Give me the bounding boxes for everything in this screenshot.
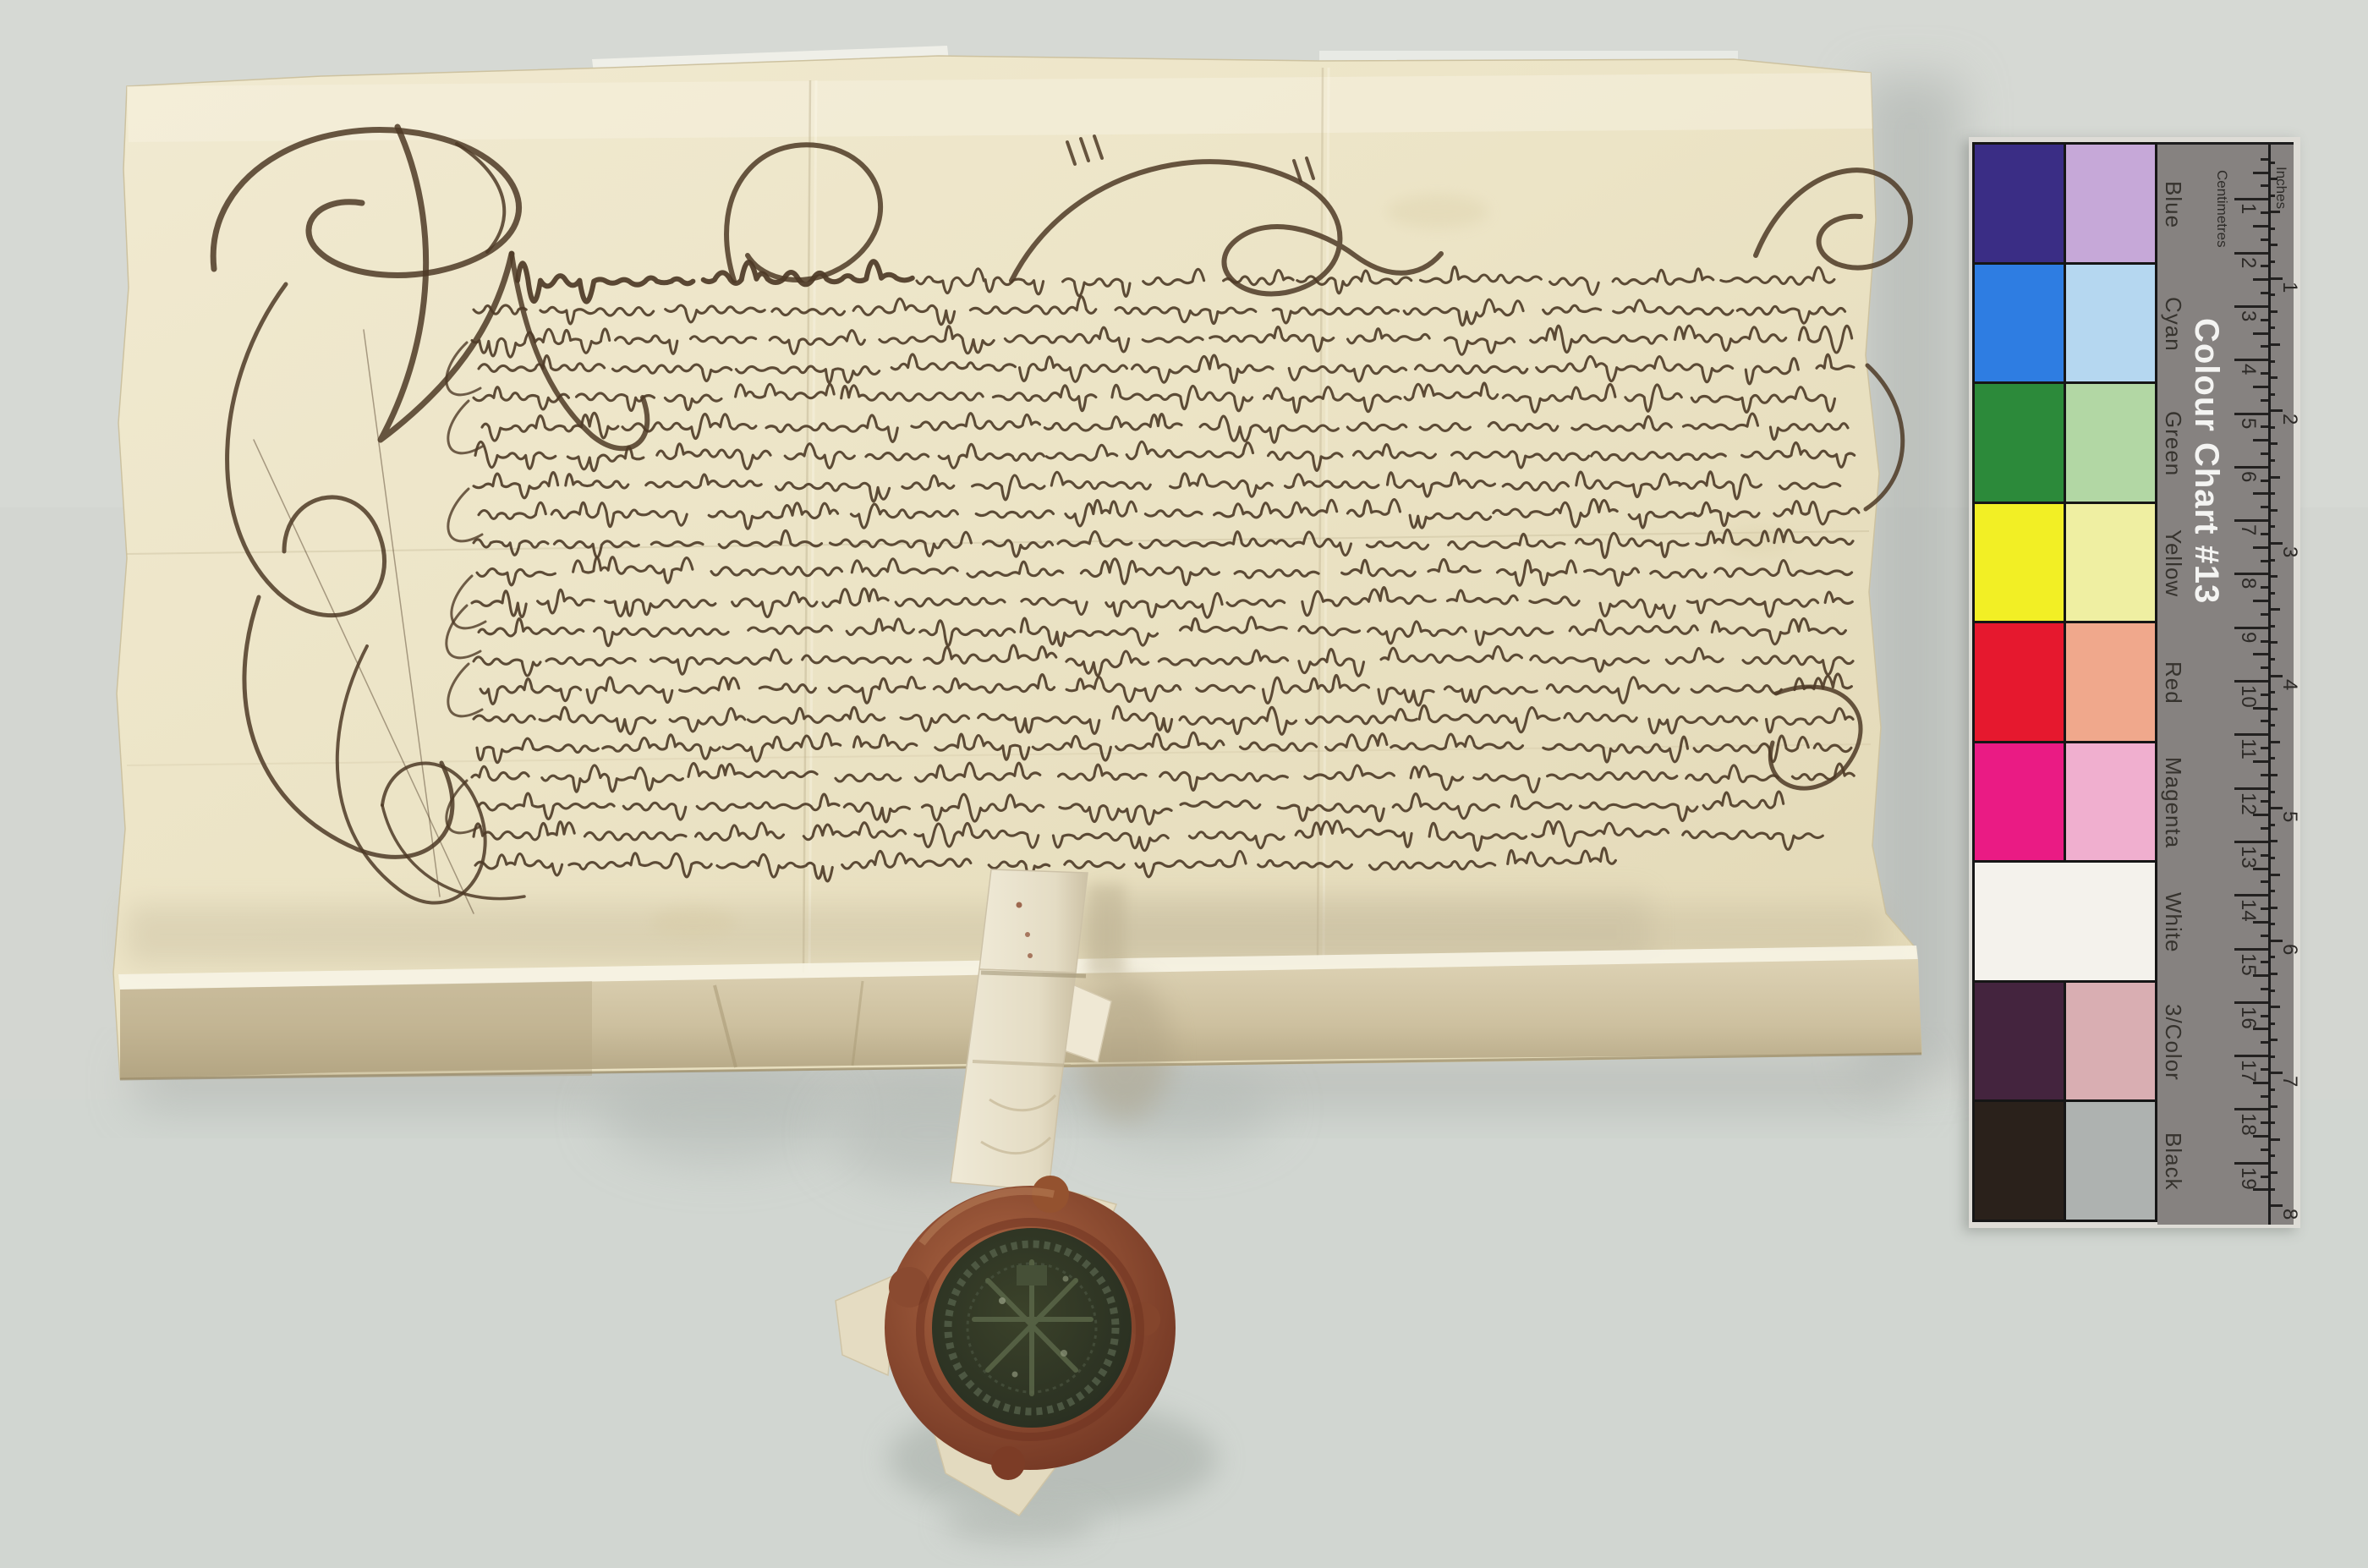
inch-eighth-tick xyxy=(2271,525,2275,528)
cm-quarter-tick xyxy=(2261,961,2268,963)
cm-tick xyxy=(2234,305,2268,308)
cm-quarter-tick xyxy=(2261,854,2268,857)
centimetres-label: Centimetres xyxy=(2213,170,2230,248)
inch-half-tick xyxy=(2271,343,2280,346)
chart-panel: BlueCyanGreenYellowRedMagentaWhite3/Colo… xyxy=(2157,142,2294,1225)
cm-quarter-tick xyxy=(2261,640,2268,643)
cm-tick xyxy=(2234,413,2268,415)
cm-tick xyxy=(2234,787,2268,790)
cm-quarter-tick xyxy=(2261,265,2268,267)
cm-half-tick xyxy=(2253,546,2268,549)
inch-quarter-tick xyxy=(2271,1039,2278,1041)
cm-quarter-tick xyxy=(2261,666,2268,669)
inch-tick xyxy=(2271,1204,2283,1207)
cm-number: 17 xyxy=(2238,1060,2258,1083)
swatch-green-solid xyxy=(1975,384,2064,502)
swatch-label-3/color: 3/Color xyxy=(2159,983,2186,1103)
swatch-blue-solid xyxy=(1975,145,2064,262)
cm-quarter-tick xyxy=(2261,907,2268,910)
swatch-yellow-solid xyxy=(1975,504,2064,622)
inch-eighth-tick xyxy=(2271,1121,2275,1124)
swatch-white xyxy=(1975,863,2155,980)
inch-quarter-tick xyxy=(2271,310,2278,313)
inch-eighth-tick xyxy=(2271,1055,2275,1058)
cm-number: 9 xyxy=(2238,632,2258,643)
inch-number: 1 xyxy=(2279,282,2299,293)
cm-number: 3 xyxy=(2238,310,2258,321)
cm-quarter-tick xyxy=(2261,747,2268,749)
cm-number: 2 xyxy=(2238,257,2258,268)
cm-tick xyxy=(2234,573,2268,575)
cm-half-tick xyxy=(2253,1028,2268,1030)
inches-label: Inches xyxy=(2272,167,2289,209)
inch-half-tick xyxy=(2271,1138,2280,1141)
swatch-label-white: White xyxy=(2159,863,2186,983)
inch-eighth-tick xyxy=(2271,824,2275,826)
inch-tick xyxy=(2271,409,2283,412)
inch-quarter-tick xyxy=(2271,641,2278,644)
inch-quarter-tick xyxy=(2271,244,2278,246)
cm-number: 15 xyxy=(2238,953,2258,976)
cm-number: 4 xyxy=(2238,364,2258,375)
inch-number: 5 xyxy=(2279,811,2299,822)
swatch-label-yellow: Yellow xyxy=(2159,504,2186,624)
inch-tick xyxy=(2271,940,2283,942)
swatch-cyan-pale xyxy=(2066,265,2155,382)
cm-number: 19 xyxy=(2238,1167,2258,1190)
cm-number: 11 xyxy=(2238,738,2258,759)
cm-half-tick xyxy=(2253,600,2268,602)
cm-quarter-tick xyxy=(2261,880,2268,883)
cm-quarter-tick xyxy=(2261,211,2268,214)
inch-eighth-tick xyxy=(2271,923,2275,925)
cm-quarter-tick xyxy=(2261,1121,2268,1124)
swatch-label-blue: Blue xyxy=(2159,145,2186,265)
inch-eighth-tick xyxy=(2271,724,2275,726)
inch-number: 4 xyxy=(2279,679,2299,690)
cm-quarter-tick xyxy=(2261,560,2268,562)
cm-quarter-tick xyxy=(2261,1041,2268,1044)
swatch-grid xyxy=(1972,142,2157,1222)
cm-half-tick xyxy=(2253,492,2268,495)
inch-eighth-tick xyxy=(2271,459,2275,462)
inch-eighth-tick xyxy=(2271,990,2275,992)
cm-quarter-tick xyxy=(2261,694,2268,696)
cm-quarter-tick xyxy=(2261,345,2268,348)
cm-number: 16 xyxy=(2238,1006,2258,1029)
cm-quarter-tick xyxy=(2261,238,2268,241)
inch-quarter-tick xyxy=(2271,907,2278,909)
cm-tick xyxy=(2234,948,2268,951)
ruler-divider xyxy=(2268,145,2271,1225)
swatch-magenta-pale xyxy=(2066,743,2155,861)
inch-tick xyxy=(2271,1072,2283,1074)
cm-quarter-tick xyxy=(2261,1095,2268,1098)
swatch-green-pale xyxy=(2066,384,2155,502)
cm-half-tick xyxy=(2253,1188,2268,1191)
cm-number: 12 xyxy=(2238,792,2258,815)
cm-quarter-tick xyxy=(2261,827,2268,830)
cm-half-tick xyxy=(2253,653,2268,655)
inch-eighth-tick xyxy=(2271,260,2275,263)
inch-eighth-tick xyxy=(2271,956,2275,958)
cm-number: 1 xyxy=(2238,203,2258,214)
inch-eighth-tick xyxy=(2271,1022,2275,1025)
cm-quarter-tick xyxy=(2261,935,2268,937)
cm-half-tick xyxy=(2253,868,2268,870)
cm-quarter-tick xyxy=(2261,613,2268,616)
cm-quarter-tick xyxy=(2261,586,2268,589)
inch-half-tick xyxy=(2271,476,2280,479)
cm-half-tick xyxy=(2253,974,2268,977)
swatch-red-solid xyxy=(1975,623,2064,741)
cm-half-tick xyxy=(2253,439,2268,441)
cm-tick xyxy=(2234,519,2268,522)
cm-number: 13 xyxy=(2238,846,2258,869)
swatch-black-pale xyxy=(2066,1102,2155,1220)
cm-tick xyxy=(2234,733,2268,736)
cm-quarter-tick xyxy=(2261,988,2268,990)
inch-tick xyxy=(2271,542,2283,545)
inch-eighth-tick xyxy=(2271,791,2275,793)
cm-number: 7 xyxy=(2238,524,2258,535)
swatch-label-magenta: Magenta xyxy=(2159,743,2186,863)
cm-quarter-tick xyxy=(2261,292,2268,294)
inch-quarter-tick xyxy=(2271,1171,2278,1174)
cm-number: 18 xyxy=(2238,1113,2258,1136)
swatch-label-red: Red xyxy=(2159,623,2186,743)
cm-quarter-tick xyxy=(2261,533,2268,535)
cm-quarter-tick xyxy=(2261,425,2268,428)
inch-half-tick xyxy=(2271,608,2280,611)
cm-tick xyxy=(2234,1055,2268,1057)
inch-half-tick xyxy=(2271,1006,2280,1008)
colour-chart-title: Colour Chart #13 xyxy=(2186,305,2225,617)
cm-number: 14 xyxy=(2238,899,2258,922)
cm-tick xyxy=(2234,627,2268,629)
cm-quarter-tick xyxy=(2261,1176,2268,1178)
inch-eighth-tick xyxy=(2271,559,2275,562)
inch-quarter-tick xyxy=(2271,575,2278,578)
inch-number: 3 xyxy=(2279,546,2299,557)
cm-quarter-tick xyxy=(2261,452,2268,455)
inch-quarter-tick xyxy=(2271,509,2278,512)
colour-chart: BlueCyanGreenYellowRedMagentaWhite3/Colo… xyxy=(1969,137,2300,1228)
cm-tick xyxy=(2234,359,2268,361)
inch-eighth-tick xyxy=(2271,757,2275,759)
swatch-3/color-pale xyxy=(2066,983,2155,1100)
inch-tick xyxy=(2271,675,2283,677)
cm-quarter-tick xyxy=(2261,1149,2268,1151)
inch-number: 2 xyxy=(2279,414,2299,425)
photograph: BlueCyanGreenYellowRedMagentaWhite3/Colo… xyxy=(0,0,2368,1568)
cm-half-tick xyxy=(2253,1082,2268,1084)
swatch-label-black: Black xyxy=(2159,1102,2186,1222)
cm-number: 5 xyxy=(2238,418,2258,429)
inch-eighth-tick xyxy=(2271,857,2275,859)
cm-tick xyxy=(2234,894,2268,896)
inch-tick xyxy=(2271,807,2283,809)
inch-eighth-tick xyxy=(2271,1154,2275,1157)
inch-eighth-tick xyxy=(2271,890,2275,892)
inch-number: 6 xyxy=(2279,944,2299,955)
swatch-blue-pale xyxy=(2066,145,2155,262)
cm-quarter-tick xyxy=(2261,319,2268,321)
cm-number: 8 xyxy=(2238,578,2258,589)
cm-half-tick xyxy=(2253,172,2268,174)
swatch-yellow-pale xyxy=(2066,504,2155,622)
inch-half-tick xyxy=(2271,741,2280,743)
inch-quarter-tick xyxy=(2271,708,2278,710)
cm-quarter-tick xyxy=(2261,506,2268,508)
inch-eighth-tick xyxy=(2271,625,2275,628)
cm-quarter-tick xyxy=(2261,800,2268,803)
swatch-3/color-solid xyxy=(1975,983,2064,1100)
cm-tick xyxy=(2234,1001,2268,1004)
inch-eighth-tick xyxy=(2271,360,2275,363)
inch-eighth-tick xyxy=(2271,393,2275,396)
cm-half-tick xyxy=(2253,278,2268,281)
cm-quarter-tick xyxy=(2261,774,2268,776)
swatch-cyan-solid xyxy=(1975,265,2064,382)
cm-quarter-tick xyxy=(2261,158,2268,161)
inch-half-tick xyxy=(2271,211,2280,213)
inch-tick xyxy=(2271,277,2283,280)
inch-quarter-tick xyxy=(2271,774,2278,776)
cm-quarter-tick xyxy=(2261,720,2268,722)
cm-quarter-tick xyxy=(2261,399,2268,402)
swatch-label-cyan: Cyan xyxy=(2159,265,2186,385)
cm-tick xyxy=(2234,1162,2268,1165)
inch-quarter-tick xyxy=(2271,973,2278,975)
inch-eighth-tick xyxy=(2271,228,2275,230)
cm-tick xyxy=(2234,841,2268,843)
inch-quarter-tick xyxy=(2271,442,2278,445)
cm-half-tick xyxy=(2253,707,2268,710)
swatch-magenta-solid xyxy=(1975,743,2064,861)
inch-eighth-tick xyxy=(2271,691,2275,694)
inch-quarter-tick xyxy=(2271,840,2278,842)
cm-tick xyxy=(2234,466,2268,469)
cm-number: 10 xyxy=(2238,685,2258,708)
inch-quarter-tick xyxy=(2271,178,2278,180)
cm-half-tick xyxy=(2253,225,2268,228)
inch-number: 7 xyxy=(2279,1076,2299,1087)
cm-quarter-tick xyxy=(2261,1068,2268,1071)
inch-quarter-tick xyxy=(2271,376,2278,379)
cm-quarter-tick xyxy=(2261,1015,2268,1017)
cm-quarter-tick xyxy=(2261,480,2268,482)
inch-eighth-tick xyxy=(2271,592,2275,595)
cm-tick xyxy=(2234,680,2268,683)
cm-half-tick xyxy=(2253,921,2268,924)
inch-eighth-tick xyxy=(2271,293,2275,296)
inch-eighth-tick xyxy=(2271,1188,2275,1191)
inch-quarter-tick xyxy=(2271,1105,2278,1108)
inch-number: 8 xyxy=(2279,1209,2299,1220)
cm-half-tick xyxy=(2253,814,2268,816)
swatch-label-green: Green xyxy=(2159,384,2186,504)
cm-half-tick xyxy=(2253,386,2268,388)
cm-number: 6 xyxy=(2238,471,2258,482)
inch-eighth-tick xyxy=(2271,195,2275,197)
inch-eighth-tick xyxy=(2271,326,2275,329)
inch-eighth-tick xyxy=(2271,1088,2275,1091)
cm-half-tick xyxy=(2253,760,2268,763)
cm-quarter-tick xyxy=(2261,372,2268,375)
cm-tick xyxy=(2234,1108,2268,1110)
inch-eighth-tick xyxy=(2271,426,2275,429)
inch-eighth-tick xyxy=(2271,162,2275,164)
cm-half-tick xyxy=(2253,332,2268,335)
inch-half-tick xyxy=(2271,874,2280,876)
cm-quarter-tick xyxy=(2261,184,2268,187)
cm-half-tick xyxy=(2253,1135,2268,1138)
cm-tick xyxy=(2234,198,2268,200)
swatch-red-pale xyxy=(2066,623,2155,741)
inch-eighth-tick xyxy=(2271,492,2275,495)
inch-eighth-tick xyxy=(2271,658,2275,661)
cm-tick xyxy=(2234,252,2268,255)
swatch-black-solid xyxy=(1975,1102,2064,1220)
